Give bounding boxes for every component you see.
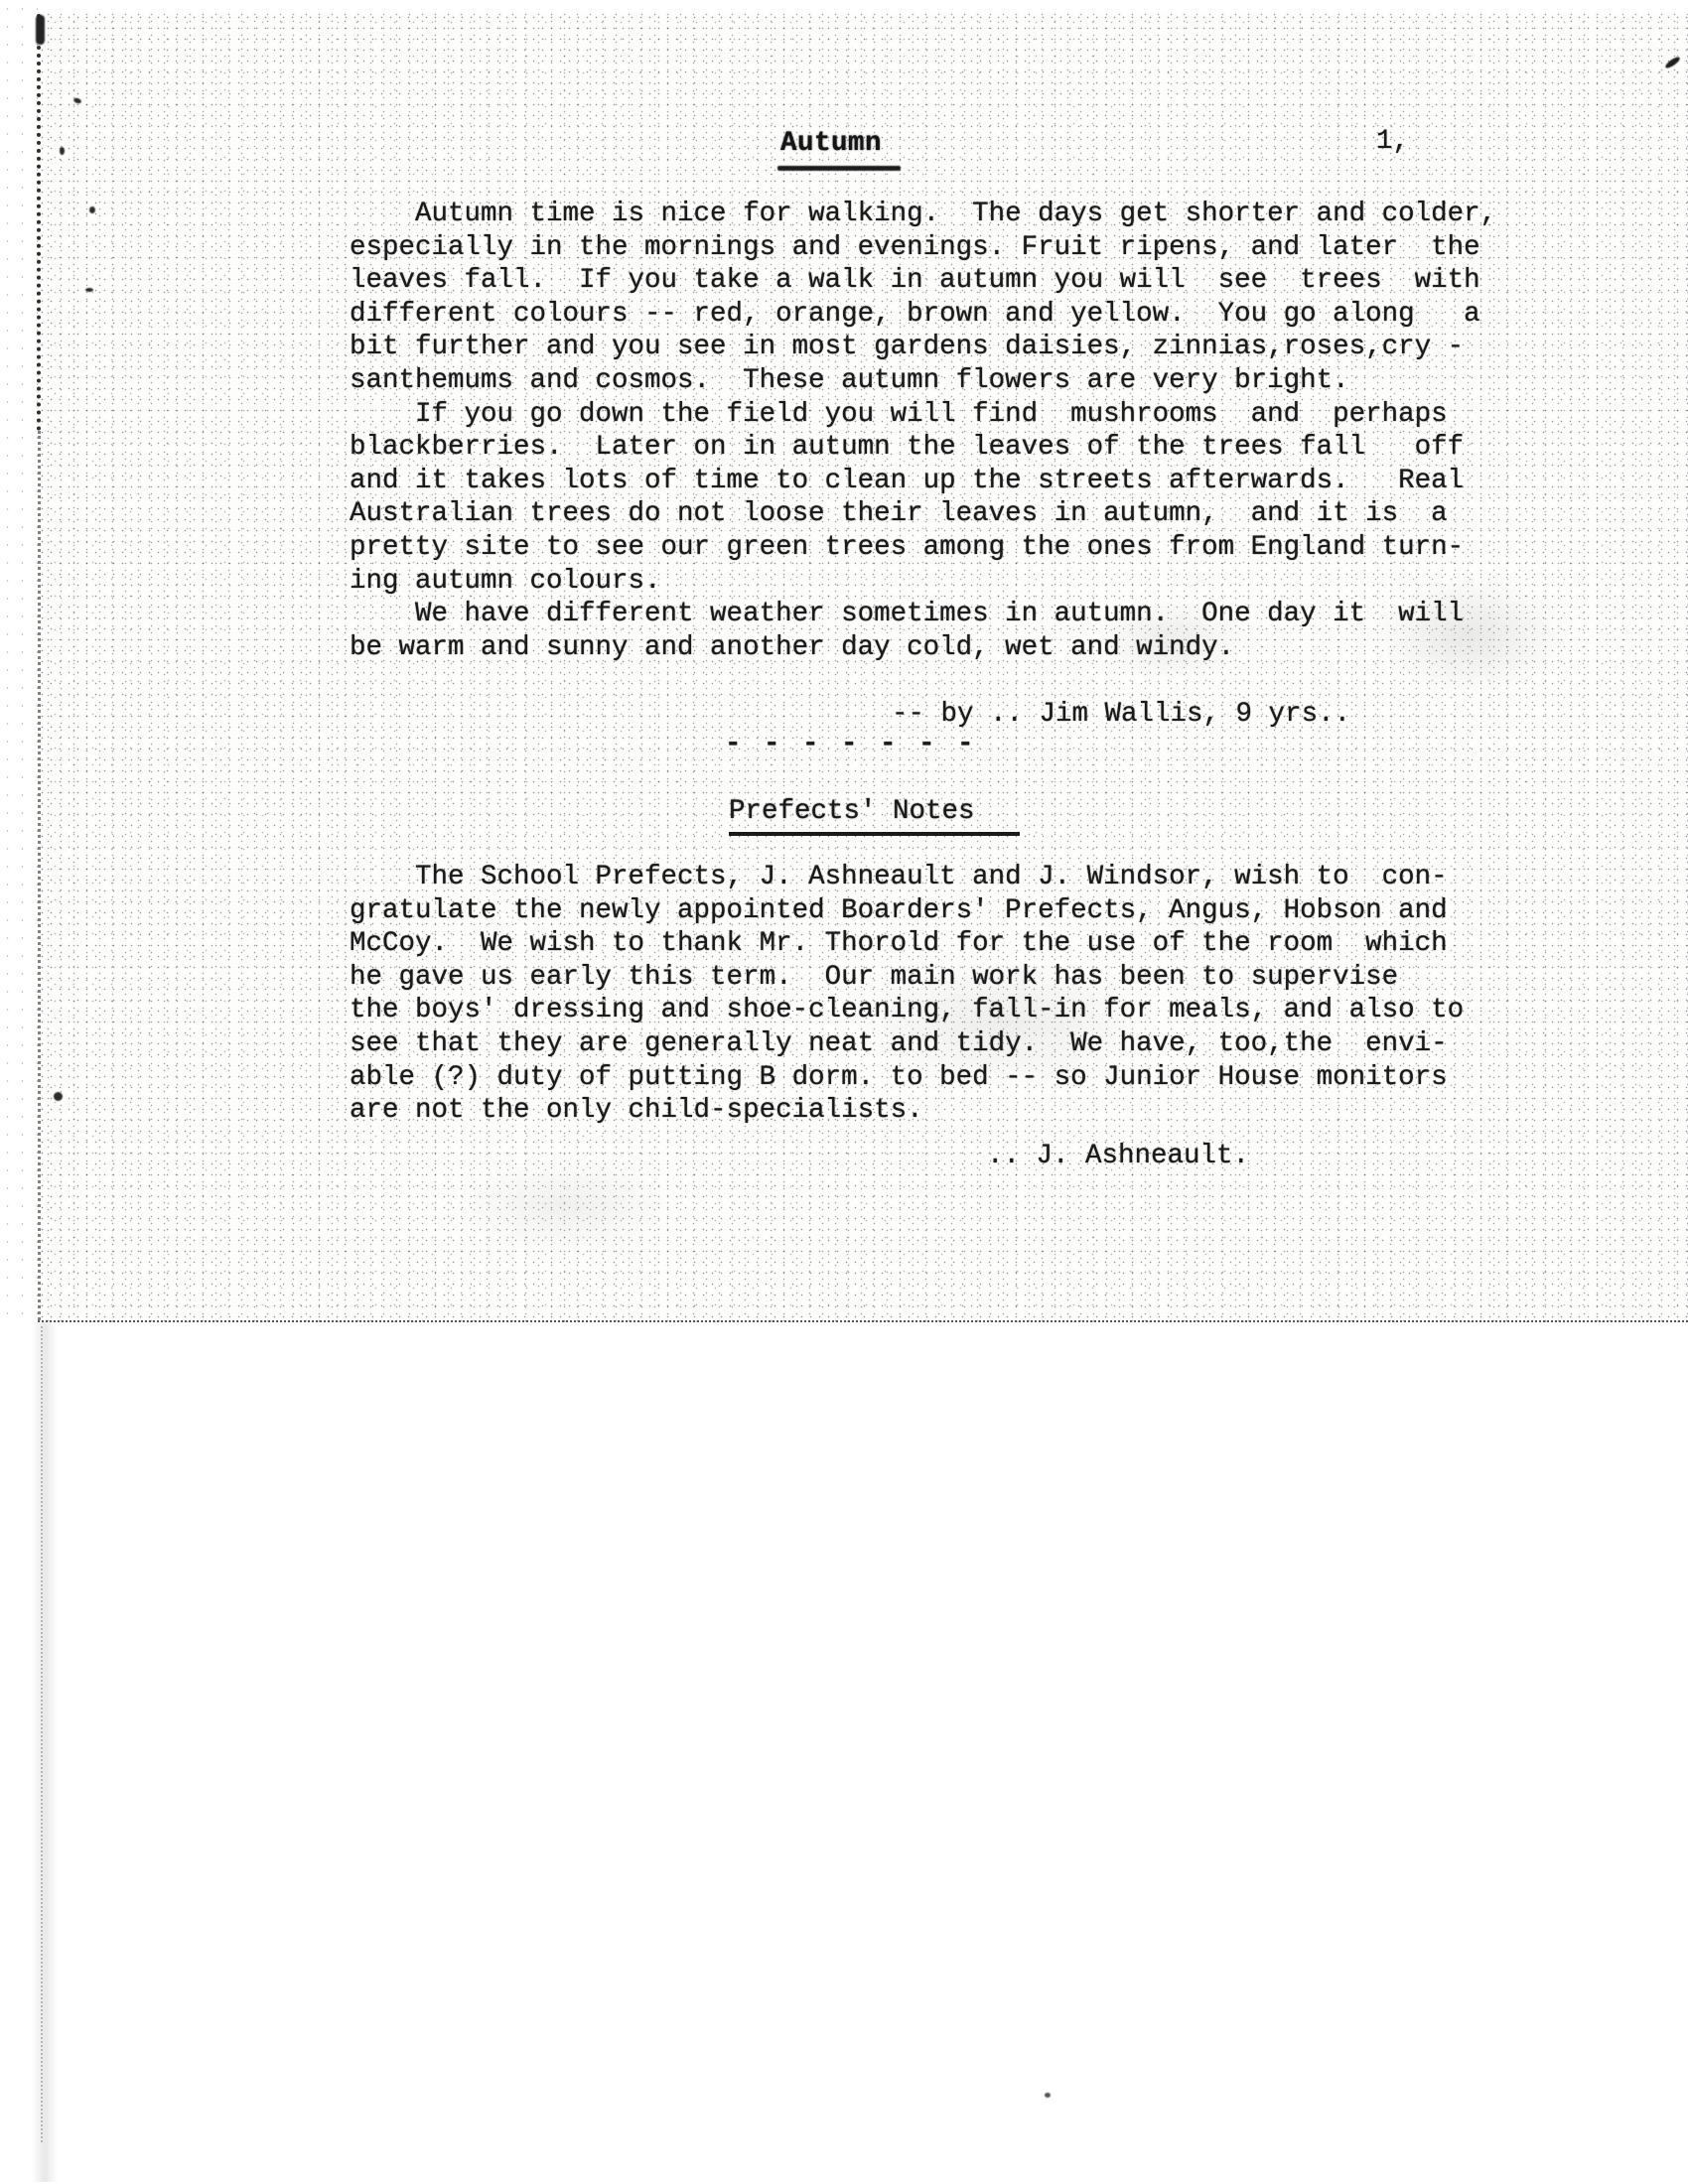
scan-left-margin [0, 0, 38, 1322]
ink-speck [60, 147, 65, 155]
text-line: he gave us early this term. Our main wor… [350, 961, 1464, 995]
text-line: If you go down the field you will find m… [350, 398, 1496, 432]
section-heading: Prefects' Notes [729, 795, 1020, 836]
text-line: bit further and you see in most gardens … [350, 331, 1496, 364]
scanner-bed-strip [32, 1322, 58, 2182]
ink-speck [85, 288, 93, 292]
paper-crease [38, 431, 41, 1320]
paper-crease [41, 1326, 43, 2142]
essay-byline: -- by .. Jim Wallis, 9 yrs.. [892, 698, 1350, 732]
text-line: blackberries. Later on in autumn the lea… [350, 431, 1496, 465]
paper-crease [36, 15, 45, 45]
title-underline [777, 166, 901, 171]
ink-speck [54, 1092, 63, 1101]
text-line: are not the only child-specialists. [350, 1094, 1464, 1128]
text-line: We have different weather sometimes in a… [350, 598, 1496, 631]
text-line: able (?) duty of putting B dorm. to bed … [350, 1061, 1464, 1095]
ink-speck [89, 206, 95, 213]
text-line: Autumn time is nice for walking. The day… [350, 198, 1496, 231]
text-line: The School Prefects, J. Ashneault and J.… [350, 861, 1464, 894]
paper-crease [37, 14, 41, 431]
text-line: gratulate the newly appointed Boarders' … [350, 894, 1464, 928]
prefects-signature: .. J. Ashneault. [987, 1140, 1249, 1173]
text-line: see that they are generally neat and tid… [350, 1027, 1464, 1061]
page-bottom-edge [38, 1320, 1688, 1322]
text-line: and it takes lots of time to clean up th… [350, 465, 1496, 498]
text-line: the boys' dressing and shoe-cleaning, fa… [350, 994, 1464, 1027]
text-line: be warm and sunny and another day cold, … [350, 631, 1496, 665]
prefects-notes-body: The School Prefects, J. Ashneault and J.… [350, 861, 1464, 1128]
text-line: Australian trees do not loose their leav… [350, 497, 1496, 531]
essay-body: Autumn time is nice for walking. The day… [350, 198, 1496, 664]
text-line: santhemums and cosmos. These autumn flow… [350, 364, 1496, 398]
text-line: ing autumn colours. [350, 565, 1496, 599]
ink-speck [1045, 2093, 1051, 2098]
scanned-document: Autumn 1, Autumn time is nice for walkin… [0, 0, 1688, 2184]
page-title: Autumn [780, 127, 882, 161]
text-line: especially in the mornings and evenings.… [350, 231, 1496, 265]
page-number: 1, [1376, 125, 1409, 159]
text-line: pretty site to see our green trees among… [350, 531, 1496, 565]
dash-separator: - - - - - - - [725, 728, 977, 761]
text-line: McCoy. We wish to thank Mr. Thorold for … [350, 927, 1464, 961]
text-line: leaves fall. If you take a walk in autum… [350, 264, 1496, 298]
text-line: different colours -- red, orange, brown … [350, 298, 1496, 332]
